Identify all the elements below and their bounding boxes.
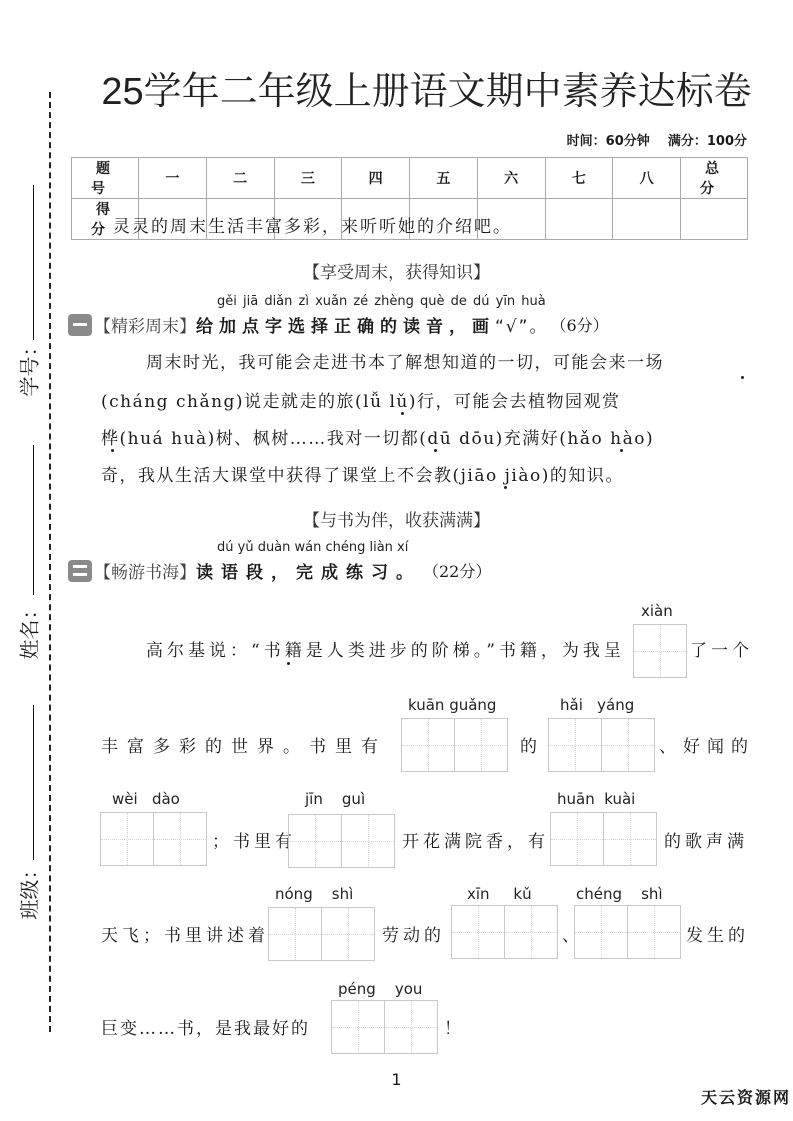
exam-meta: 时间：60分钟 满分：100分	[567, 130, 747, 149]
header-cell: 总 分	[681, 158, 748, 199]
writing-grid-nongshi[interactable]	[268, 907, 375, 961]
writing-grid-haiyang[interactable]	[548, 718, 655, 772]
blank-pinyin: kuān guǎng	[408, 696, 496, 714]
header-cell: 三	[274, 158, 342, 199]
writing-grid-chengshi[interactable]	[574, 905, 681, 959]
student-id-label: 学号：	[14, 357, 43, 397]
class-label: 班级：	[14, 880, 43, 920]
grid-cell[interactable]	[627, 905, 681, 959]
writing-grid-xian[interactable]	[633, 624, 687, 678]
grid-cell[interactable]	[331, 1000, 385, 1054]
passage-line-5b: ！	[444, 1014, 465, 1039]
grid-cell[interactable]	[268, 907, 322, 961]
paragraph-line-2: (cháng chǎng)说走就走的旅(lǚ lǔ)行，可能会去植物园观赏	[101, 387, 620, 412]
grid-cell[interactable]	[401, 718, 455, 772]
blank-pinyin: huān kuài	[557, 790, 635, 808]
score-cell[interactable]	[681, 199, 748, 240]
grid-cell[interactable]	[451, 905, 505, 959]
page-title: 25学年二年级上册语文期中素养达标卷	[60, 60, 793, 115]
passage-line-4d: 发生的	[686, 921, 749, 946]
blank-pinyin: péng you	[338, 980, 422, 998]
grid-cell[interactable]	[100, 812, 154, 866]
writing-grid-xinku[interactable]	[451, 905, 558, 959]
checkmark-instruction: “√”。	[495, 312, 548, 337]
emphasis-dot	[401, 412, 404, 415]
paragraph-line-4: 奇，我从生活大课堂中获得了课堂上不会教(jiāo jiào)的知识。	[101, 461, 624, 486]
header-cell: 一	[139, 158, 207, 199]
blank-pinyin: hǎi yáng	[560, 696, 634, 714]
writing-grid-huankuai[interactable]	[550, 812, 657, 866]
grid-cell[interactable]	[153, 812, 207, 866]
blank-pinyin: chéng shì	[576, 885, 663, 903]
passage-line-3b: 开花满院香，有	[402, 827, 549, 852]
question-1-pinyin: gěi jiā diǎn zì xuǎn zé zhèng què de dú …	[217, 294, 546, 309]
blank-pinyin: wèi dào	[112, 790, 180, 808]
score-cell[interactable]	[613, 199, 681, 240]
passage-line-4a: 天飞；书里讲述着	[101, 921, 269, 946]
grid-cell[interactable]	[548, 718, 602, 772]
grid-cell[interactable]	[288, 814, 342, 868]
dotted-char: 籍	[285, 641, 306, 661]
grid-cell[interactable]	[384, 1000, 438, 1054]
grid-cell[interactable]	[321, 907, 375, 961]
grid-cell[interactable]	[601, 718, 655, 772]
emphasis-dot	[741, 376, 744, 379]
passage-line-4b: 劳动的	[382, 921, 445, 946]
score-cell[interactable]	[545, 199, 613, 240]
question-2-pinyin: dú yǔ duàn wán chéng liàn xí	[217, 540, 408, 555]
writing-grid-jingui[interactable]	[288, 814, 395, 868]
name-label: 姓名：	[14, 620, 43, 660]
emphasis-dot	[434, 449, 437, 452]
passage-line-2b: 的	[520, 732, 541, 757]
passage-line-2c: 、好闻的	[659, 732, 755, 757]
question-1-score: （6分）	[550, 313, 608, 336]
header-cell: 四	[342, 158, 410, 199]
blank-pinyin: jīn guì	[305, 790, 365, 808]
passage-line-3c: 的歌声满	[664, 827, 748, 852]
header-cell: 八	[613, 158, 681, 199]
exam-time: 时间：60分钟	[567, 134, 650, 149]
passage-text: 是人类进步的阶梯。”书籍，为我呈	[306, 641, 625, 661]
grid-cell[interactable]	[603, 812, 657, 866]
paragraph-text: 周末时光，我可能会走进书本了解想知道的一切，可能会来一场	[146, 353, 664, 373]
writing-grid-weidao[interactable]	[100, 812, 207, 866]
intro-text: 灵灵的周末生活丰富多彩，来听听她的介绍吧。	[113, 212, 512, 237]
writing-grid-kuanguang[interactable]	[401, 718, 508, 772]
passage-line-3a: ；书里有	[212, 827, 296, 852]
passage-line-5a: 巨变……书，是我最好的	[101, 1014, 310, 1039]
section-title-2: 【与书为伴，收获满满】	[0, 506, 793, 531]
grid-cell[interactable]	[341, 814, 395, 868]
header-cell: 六	[477, 158, 545, 199]
passage-line-1c: 了一个	[690, 636, 753, 661]
question-2-tag: 【畅游书海】	[94, 558, 196, 583]
section-title-1: 【享受周末，获得知识】	[0, 258, 793, 283]
question-1-tag: 【精彩周末】	[94, 312, 196, 337]
header-cell: 七	[545, 158, 613, 199]
passage-line-2a: 丰富多彩的世界。书里有	[101, 732, 387, 757]
grid-cell[interactable]	[454, 718, 508, 772]
passage-line-1a: 高尔基说：“书籍是人类进步的阶梯。”书籍，为我呈	[146, 636, 625, 661]
paragraph-line-1: 周末时光，我可能会走进书本了解想知道的一切，可能会来一场	[146, 348, 664, 373]
watermark: 天云资源网	[701, 1085, 791, 1108]
score-table-header-row: 题 号 一 二 三 四 五 六 七 八 总 分	[72, 158, 748, 199]
class-line[interactable]	[33, 705, 34, 860]
exam-full-score: 满分：100分	[668, 134, 747, 149]
header-cell: 五	[410, 158, 478, 199]
paragraph-line-3: 桦(huá huà)树、枫树……我对一切都(dū dōu)充满好(hǎo hào…	[101, 424, 654, 449]
header-cell: 题 号	[72, 158, 139, 199]
blank-pinyin: xiàn	[641, 602, 673, 620]
writing-grid-pengyou[interactable]	[331, 1000, 438, 1054]
question-1-text: 给加点字选择正确的读音，画	[196, 312, 495, 337]
emphasis-dot	[504, 486, 507, 489]
grid-cell[interactable]	[504, 905, 558, 959]
section-number-badge-2	[68, 560, 92, 582]
blank-pinyin: xīn kǔ	[467, 885, 532, 903]
blank-pinyin: nóng shì	[275, 885, 353, 903]
question-2-score: （22分）	[423, 559, 491, 582]
grid-cell[interactable]	[550, 812, 604, 866]
binding-dashed-line	[49, 92, 51, 1032]
page-number: 1	[0, 1070, 793, 1089]
grid-cell[interactable]	[574, 905, 628, 959]
emphasis-dot	[287, 662, 290, 665]
header-cell: 二	[206, 158, 274, 199]
emphasis-dot	[620, 449, 623, 452]
question-2-header: 【畅游书海】 读语段，完成练习。 （22分）	[68, 558, 491, 583]
passage-text: 高尔基说：“书	[146, 641, 285, 661]
emphasis-dot	[111, 449, 114, 452]
section-number-badge-1	[68, 314, 92, 336]
grid-cell[interactable]	[633, 624, 687, 678]
question-1-header: 【精彩周末】 给加点字选择正确的读音，画 “√”。 （6分）	[68, 312, 609, 337]
question-2-text: 读语段，完成练习。	[196, 558, 421, 583]
